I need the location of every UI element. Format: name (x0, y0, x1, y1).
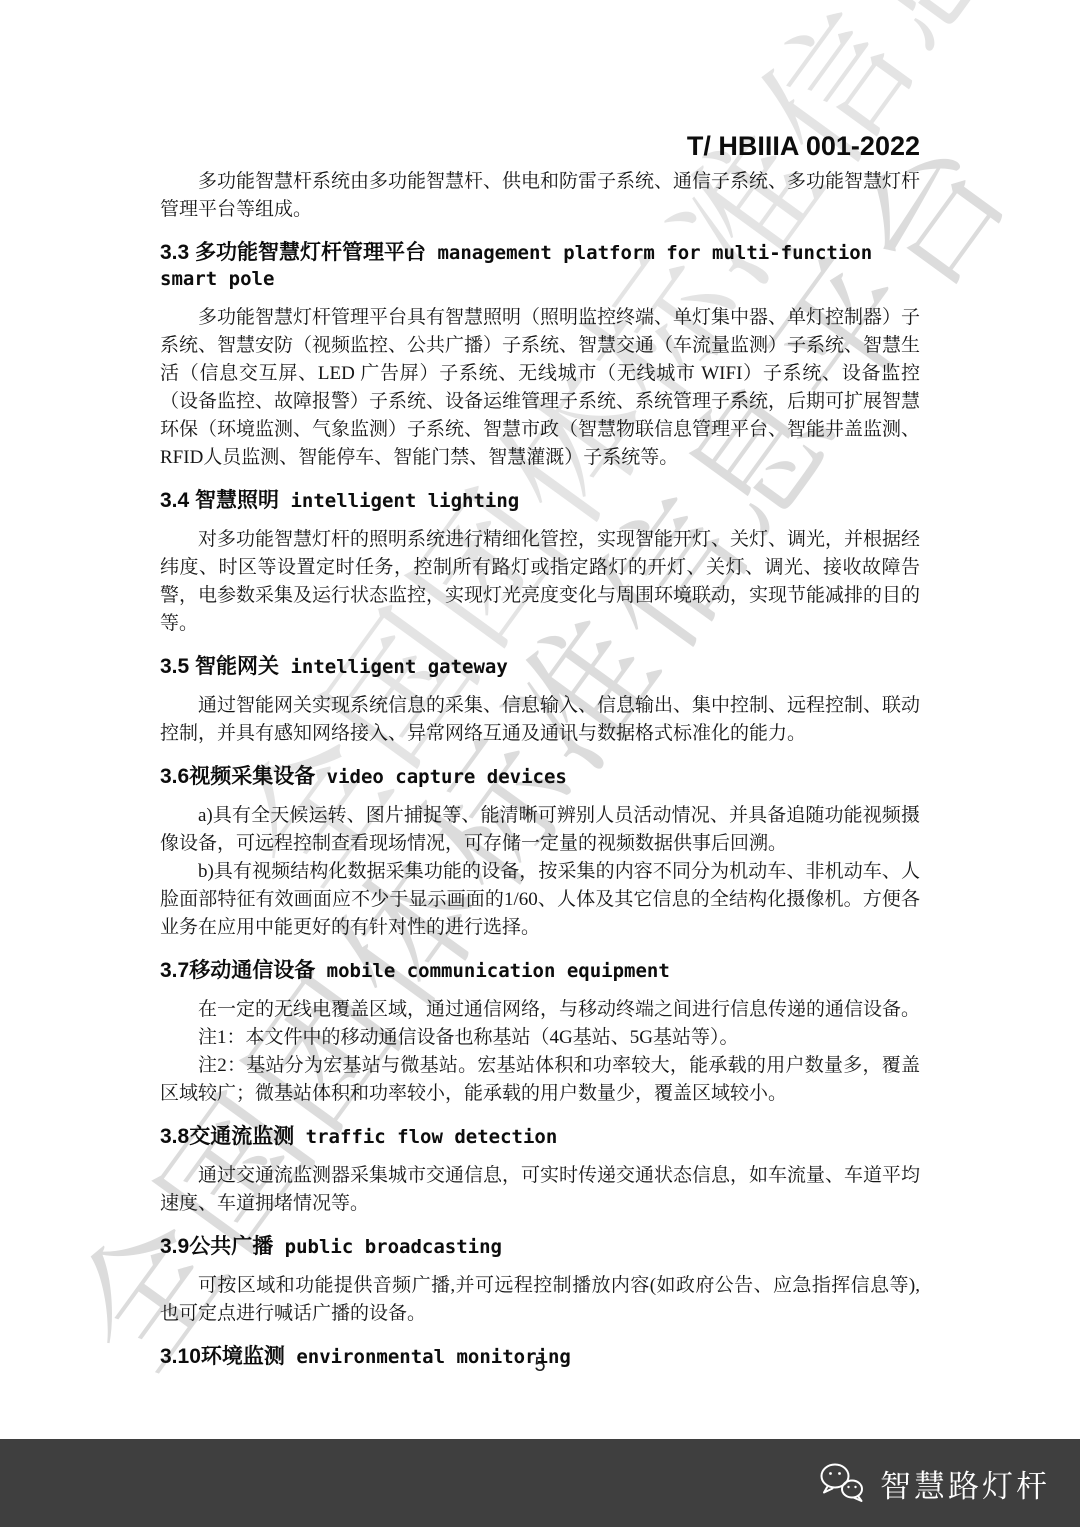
section-heading-zh: 3.6视频采集设备 (160, 765, 315, 788)
page-content: T/ HBIIIA 001-2022 多功能智慧杆系统由多功能智慧杆、供电和防雷… (0, 0, 1080, 1382)
paragraph: 注2：基站分为宏基站与微基站。宏基站体积和功率较大，能承载的用户数量多，覆盖区域… (160, 1052, 920, 1108)
section-heading-zh: 3.7移动通信设备 (160, 959, 315, 982)
section-heading: 3.8交通流监测 traffic flow detection (160, 1124, 920, 1150)
paragraph: 可按区域和功能提供音频广播,并可远程控制播放内容(如政府公告、应急指挥信息等),… (160, 1272, 920, 1328)
section-heading: 3.4 智慧照明 intelligent lighting (160, 488, 920, 514)
section-heading: 3.7移动通信设备 mobile communication equipment (160, 958, 920, 984)
intro-paragraph: 多功能智慧杆系统由多功能智慧杆、供电和防雷子系统、通信子系统、多功能智慧灯杆管理… (160, 168, 920, 224)
paragraph: 多功能智慧灯杆管理平台具有智慧照明（照明监控终端、单灯集中器、单灯控制器）子系统… (160, 304, 920, 472)
section-heading: 3.3 多功能智慧灯杆管理平台 management platform for … (160, 240, 920, 292)
section-heading-zh: 3.9公共广播 (160, 1235, 273, 1258)
section-heading-zh: 3.8交通流监测 (160, 1125, 294, 1148)
section-heading-en: intelligent gateway (279, 656, 508, 678)
paragraph: b)具有视频结构化数据采集功能的设备，按采集的内容不同分为机动车、非机动车、人脸… (160, 858, 920, 942)
paragraph: 在一定的无线电覆盖区域，通过通信网络，与移动终端之间进行信息传递的通信设备。 (160, 996, 920, 1024)
paragraph: 注1：本文件中的移动通信设备也称基站（4G基站、5G基站等）。 (160, 1024, 920, 1052)
paragraph: 对多功能智慧灯杆的照明系统进行精细化管控，实现智能开灯、关灯、调光，并根据经纬度… (160, 526, 920, 638)
section-heading: 3.6视频采集设备 video capture devices (160, 764, 920, 790)
document-page: 全国团体标准信息平台 全国团体标准信息平台 T/ HBIIIA 001-2022… (0, 0, 1080, 1527)
page-number: 5 (0, 1352, 1080, 1378)
section-heading-en: intelligent lighting (279, 490, 519, 512)
paragraph: 通过智能网关实现系统信息的采集、信息输入、信息输出、集中控制、远程控制、联动控制… (160, 692, 920, 748)
document-body: 3.3 多功能智慧灯杆管理平台 management platform for … (160, 240, 920, 1370)
section-heading-en: mobile communication equipment (315, 960, 670, 982)
paragraph: 通过交通流监测器采集城市交通信息，可实时传递交通状态信息，如车流量、车道平均速度… (160, 1162, 920, 1218)
section-heading-zh: 3.4 智慧照明 (160, 489, 279, 512)
section-heading-en: video capture devices (315, 766, 567, 788)
paragraph: a)具有全天候运转、图片捕捉等、能清晰可辨别人员活动情况、并具备追随功能视频摄像… (160, 802, 920, 858)
footer-bar: 智慧路灯杆 (0, 1439, 1080, 1527)
wechat-icon (818, 1461, 868, 1505)
section-heading-en: traffic flow detection (294, 1126, 557, 1148)
section-heading: 3.9公共广播 public broadcasting (160, 1234, 920, 1260)
section-heading: 3.5 智能网关 intelligent gateway (160, 654, 920, 680)
section-heading-zh: 3.3 多功能智慧灯杆管理平台 (160, 241, 426, 264)
standard-code: T/ HBIIIA 001-2022 (160, 130, 920, 162)
section-heading-en: public broadcasting (273, 1236, 502, 1258)
footer-brand-name: 智慧路灯杆 (880, 1461, 1050, 1506)
section-heading-zh: 3.5 智能网关 (160, 655, 279, 678)
